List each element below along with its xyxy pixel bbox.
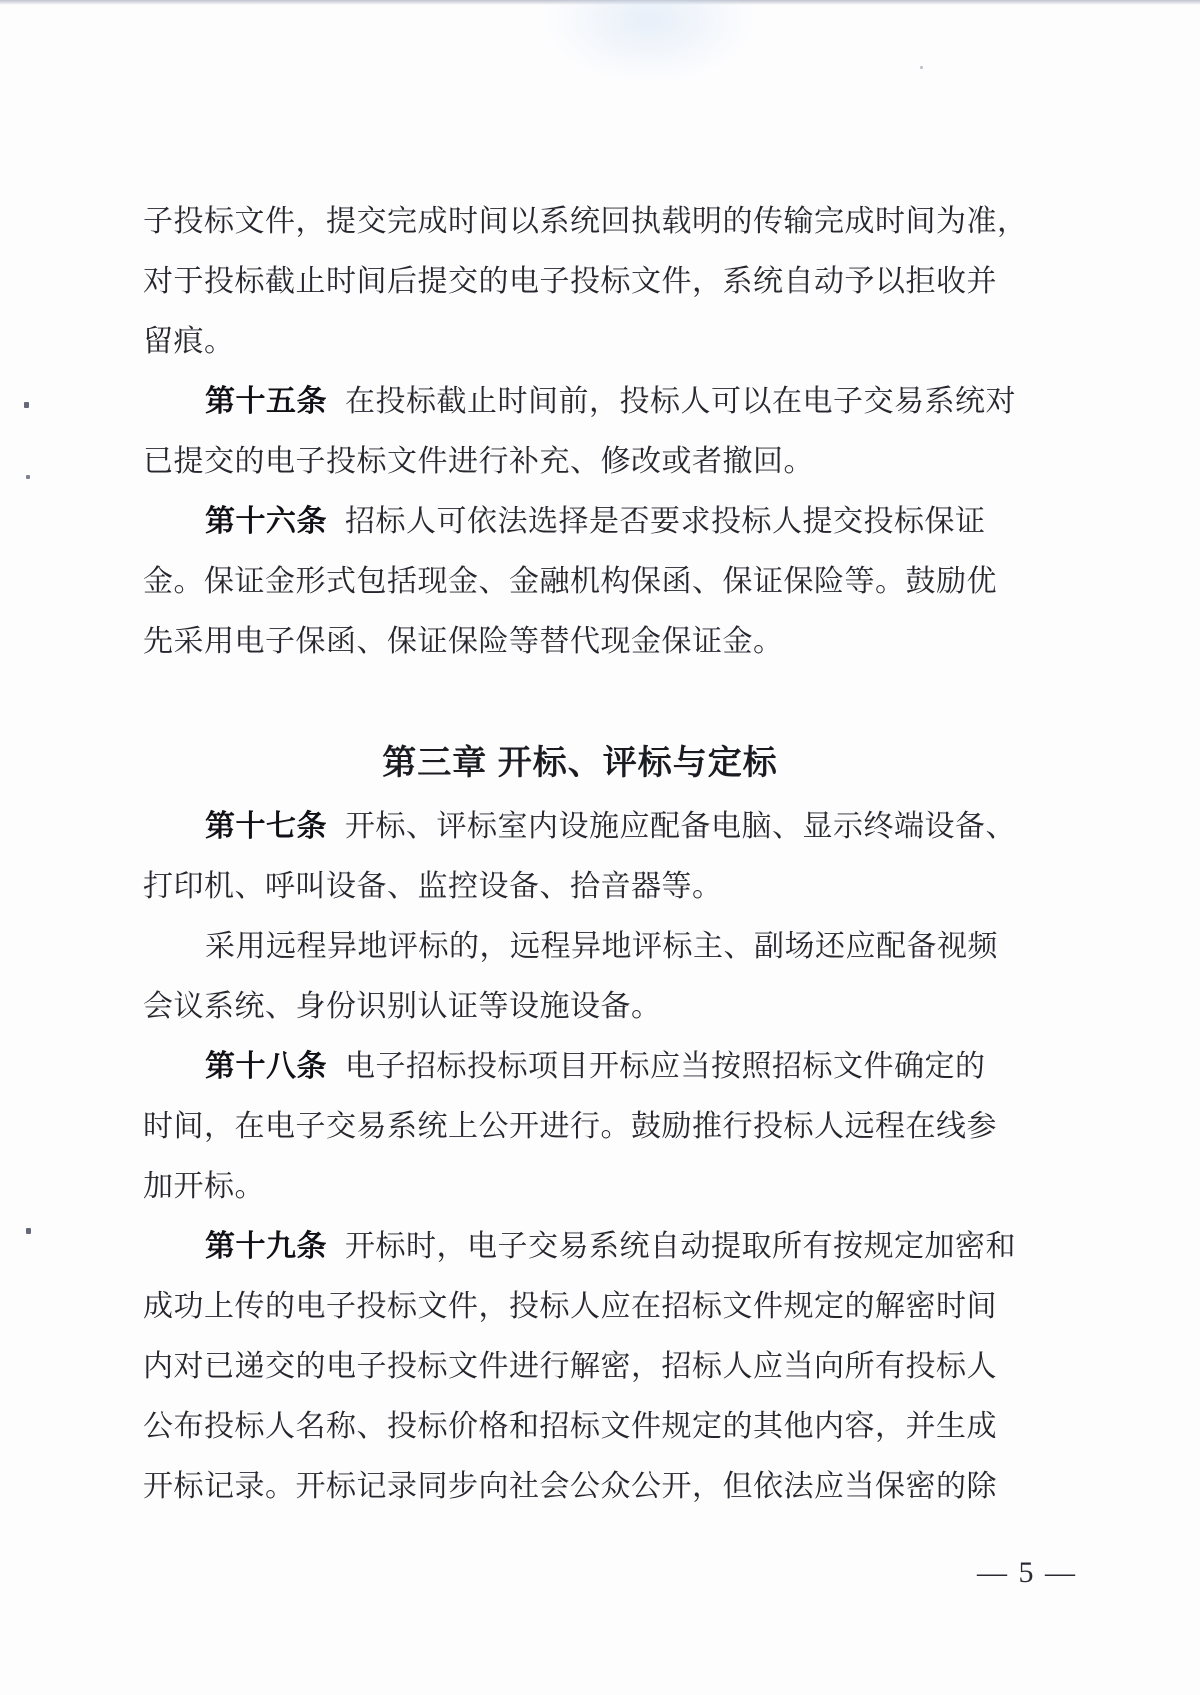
line-text: 金。保证金形式包括现金、金融机构保函、保证保险等。鼓励优 [143, 565, 997, 598]
article-number-19: 第十九条 [205, 1230, 327, 1263]
scanned-document-page: 子投标文件，提交完成时间以系统回执载明的传输完成时间为准， 对于投标截止时间后提… [0, 0, 1200, 1695]
line-text: 内对已递交的电子投标文件进行解密，招标人应当向所有投标人 [143, 1350, 997, 1383]
text-line: 第十七条开标、评标室内设施应配备电脑、显示终端设备、 [143, 797, 1017, 857]
text-line: 采用远程异地评标的，远程异地评标主、副场还应配备视频 [143, 917, 1017, 977]
text-line: 公布投标人名称、投标价格和招标文件规定的其他内容，并生成 [143, 1397, 1017, 1457]
text-line: 第十六条招标人可依法选择是否要求投标人提交投标保证 [143, 492, 1017, 552]
text-line: 金。保证金形式包括现金、金融机构保函、保证保险等。鼓励优 [143, 552, 1017, 612]
line-text: 子投标文件，提交完成时间以系统回执载明的传输完成时间为准， [143, 205, 1028, 238]
scan-speck [26, 475, 30, 479]
scan-speck [26, 1228, 31, 1234]
line-text: 先采用电子保函、保证保险等替代现金保证金。 [143, 625, 784, 658]
line-text: 在投标截止时间前，投标人可以在电子交易系统对 [345, 385, 1016, 418]
line-text: 时间，在电子交易系统上公开进行。鼓励推行投标人远程在线参 [143, 1110, 997, 1143]
line-text: 招标人可依法选择是否要求投标人提交投标保证 [345, 505, 986, 538]
text-line: 内对已递交的电子投标文件进行解密，招标人应当向所有投标人 [143, 1337, 1017, 1397]
text-line: 会议系统、身份识别认证等设施设备。 [143, 977, 1017, 1037]
line-text: 公布投标人名称、投标价格和招标文件规定的其他内容，并生成 [143, 1410, 997, 1443]
document-body: 子投标文件，提交完成时间以系统回执载明的传输完成时间为准， 对于投标截止时间后提… [143, 192, 1017, 1517]
line-text: 成功上传的电子投标文件，投标人应在招标文件规定的解密时间 [143, 1290, 997, 1323]
text-line: 开标记录。开标记录同步向社会公众公开，但依法应当保密的除 [143, 1457, 1017, 1517]
scan-speck [920, 66, 923, 69]
line-text: 对于投标截止时间后提交的电子投标文件，系统自动予以拒收并 [143, 265, 997, 298]
scan-speck [24, 402, 29, 408]
text-line: 第十九条开标时，电子交易系统自动提取所有按规定加密和 [143, 1217, 1017, 1277]
article-number-16: 第十六条 [205, 505, 327, 538]
text-line: 成功上传的电子投标文件，投标人应在招标文件规定的解密时间 [143, 1277, 1017, 1337]
chapter-heading: 第三章 开标、评标与定标 [143, 733, 1017, 793]
page-number: — 5 — [952, 1548, 1102, 1598]
text-line: 已提交的电子投标文件进行补充、修改或者撤回。 [143, 432, 1017, 492]
article-number-17: 第十七条 [205, 810, 327, 843]
text-line: 加开标。 [143, 1157, 1017, 1217]
line-text: 会议系统、身份识别认证等设施设备。 [143, 990, 662, 1023]
section-article-14-16: 子投标文件，提交完成时间以系统回执载明的传输完成时间为准， 对于投标截止时间后提… [143, 192, 1017, 672]
text-line: 第十八条电子招标投标项目开标应当按照招标文件确定的 [143, 1037, 1017, 1097]
text-line: 子投标文件，提交完成时间以系统回执载明的传输完成时间为准， [143, 192, 1017, 252]
line-text: 采用远程异地评标的，远程异地评标主、副场还应配备视频 [205, 930, 998, 963]
line-text: 留痕。 [143, 325, 235, 358]
line-text: 电子招标投标项目开标应当按照招标文件确定的 [345, 1050, 986, 1083]
line-text: 开标、评标室内设施应配备电脑、显示终端设备、 [345, 810, 1016, 843]
line-text: 加开标。 [143, 1170, 265, 1203]
text-line: 留痕。 [143, 312, 1017, 372]
line-text: 已提交的电子投标文件进行补充、修改或者撤回。 [143, 445, 814, 478]
article-number-15: 第十五条 [205, 385, 327, 418]
line-text: 打印机、呼叫设备、监控设备、拾音器等。 [143, 870, 723, 903]
text-line: 打印机、呼叫设备、监控设备、拾音器等。 [143, 857, 1017, 917]
scan-smudge-artifact [500, 0, 800, 180]
text-line: 时间，在电子交易系统上公开进行。鼓励推行投标人远程在线参 [143, 1097, 1017, 1157]
line-text: 开标时，电子交易系统自动提取所有按规定加密和 [345, 1230, 1016, 1263]
text-line: 先采用电子保函、保证保险等替代现金保证金。 [143, 612, 1017, 672]
section-article-17-19: 第十七条开标、评标室内设施应配备电脑、显示终端设备、 打印机、呼叫设备、监控设备… [143, 797, 1017, 1517]
text-line: 第十五条在投标截止时间前，投标人可以在电子交易系统对 [143, 372, 1017, 432]
line-text: 开标记录。开标记录同步向社会公众公开，但依法应当保密的除 [143, 1470, 997, 1503]
article-number-18: 第十八条 [205, 1050, 327, 1083]
text-line: 对于投标截止时间后提交的电子投标文件，系统自动予以拒收并 [143, 252, 1017, 312]
